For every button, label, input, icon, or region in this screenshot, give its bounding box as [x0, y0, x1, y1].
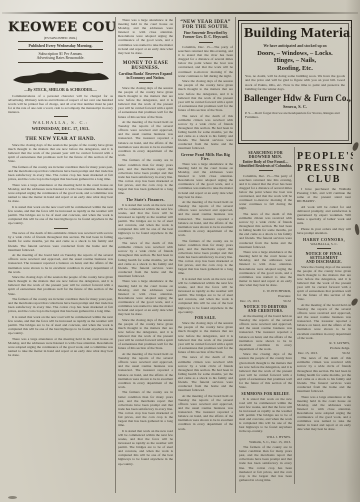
notice-date-line: Dec. 15, 1913. 50-52 — [240, 299, 291, 303]
masthead-advertising-line: Advertising Rates Reasonable. — [8, 56, 113, 60]
pressing-ad-body: All work will be called for and delivere… — [297, 205, 351, 225]
body-paragraph: The news of the death of this estimable … — [178, 114, 233, 151]
body-paragraph: There was a large attendance at the meet… — [118, 18, 173, 55]
masthead: KEOWEE COURIER (ESTABLISHED 1849.) Publi… — [8, 20, 113, 63]
final-settlement-line-1: NOTICE OF FINAL SETTLEMENT — [306, 252, 343, 260]
body-paragraph: Since the closing days of the session th… — [297, 265, 351, 302]
notice-date: Dec. 15, 1913. — [298, 351, 318, 355]
section-divider — [139, 57, 153, 58]
masthead-published-line: Published Every Wednesday Morning. — [8, 44, 113, 48]
section-divider — [139, 82, 153, 83]
body-paragraph: It is stated that work on the new road w… — [239, 397, 292, 434]
body-paragraph: At the meeting of the board held on Tues… — [297, 303, 351, 340]
body-paragraph: There was a large attendance at the meet… — [8, 183, 113, 203]
body-paragraph: At the meeting of the board held on Tues… — [8, 253, 113, 273]
column-4: SEARCHING FOR DROWNED MEN. Entire Body o… — [237, 147, 295, 484]
for-sale-heading: FOR SALE. — [178, 316, 233, 320]
body-paragraph: Communications of a personal character w… — [8, 94, 113, 114]
pressing-ad-body: Phone in your orders and they will have … — [297, 227, 351, 235]
body-paragraph: The news of the death of this estimable … — [8, 231, 113, 251]
body-paragraph: Since the closing days of the session th… — [8, 275, 113, 295]
right-subcolumns: SEARCHING FOR DROWNED MEN. Entire Body o… — [237, 147, 353, 484]
masthead-rule — [18, 49, 103, 50]
masthead-established: (ESTABLISHED 1849.) — [8, 36, 113, 40]
eagle-illustration — [11, 65, 111, 87]
debtors-notice-heading: NOTICE TO DEBTORS AND CREDITORS. — [239, 305, 292, 313]
masthead-rule — [18, 41, 103, 42]
body-paragraph: At the meeting of the board held on Tues… — [239, 314, 292, 351]
final-settlement-line-2: AND DISCHARGE. — [306, 260, 342, 264]
section-divider — [54, 133, 68, 134]
section-divider — [317, 248, 331, 249]
scan-artifact-top-rule — [2, 12, 358, 14]
right-section: Building Material. We have anticipated a… — [236, 17, 354, 493]
notice-number: 50-52 — [283, 299, 291, 303]
deck-col3: Fine Souvenir Described by Former Gov. D… — [178, 31, 233, 39]
body-paragraph: At the meeting of the board held on Tues… — [118, 120, 173, 157]
signature-line: WILL J. HYNES. — [240, 435, 291, 439]
building-ad-postscript: P. S.—Don't forget that we are headquart… — [245, 111, 345, 119]
building-ad-title: Building Material. — [244, 26, 346, 42]
signature-line: Executor. — [240, 294, 291, 298]
body-paragraph: Since the closing days of the session th… — [8, 143, 113, 163]
notice-date: Dec. 15, 1913. — [240, 299, 260, 303]
body-paragraph: Since the closing days of the session th… — [178, 321, 233, 354]
body-paragraph: There was a large attendance at the meet… — [8, 337, 113, 357]
body-paragraph: There was a large attendance at the meet… — [239, 250, 292, 287]
body-paragraph: The news of the death of this estimable … — [239, 212, 292, 249]
column-2: There was a large attendance at the meet… — [116, 17, 176, 493]
masthead-subscription-line: Subscription $1 Per Annum. — [8, 52, 113, 56]
column-1: KEOWEE COURIER (ESTABLISHED 1849.) Publi… — [6, 17, 116, 493]
headline-drowned: SEARCHING FOR DROWNED MEN. — [239, 151, 292, 159]
publishers-line: —By STECK, SHELOR & SCHRODER.— — [8, 88, 113, 92]
body-paragraph: It is stated that work on the new road w… — [8, 205, 113, 225]
pressing-ad-line-1: PEOPLE'S — [297, 151, 351, 163]
body-paragraph: At the meeting of the board held on Tues… — [178, 200, 233, 237]
subhead-col2: The State's Finances. — [118, 198, 173, 202]
column-5: PEOPLE'S PRESSING CLUB I have purchased … — [295, 147, 353, 484]
final-settlement-heading: NOTICE OF FINAL SETTLEMENT AND DISCHARGE… — [297, 252, 351, 264]
body-paragraph: It is stated that work on the new road w… — [118, 429, 173, 466]
body-paragraph: Since the closing days of the session th… — [178, 79, 233, 112]
body-paragraph: It is stated that work on the new road w… — [178, 277, 233, 314]
dateline-place: WALHALLA, S. C.: — [8, 120, 113, 125]
pressing-ad-line-3: CLUB — [297, 174, 351, 186]
body-paragraph: Since the closing days of the session th… — [239, 352, 292, 389]
building-material-ad: Building Material. We have anticipated a… — [238, 20, 352, 144]
ink-smudge — [354, 224, 360, 236]
body-paragraph: There was a large attendance at the meet… — [178, 162, 233, 199]
page-columns: KEOWEE COURIER (ESTABLISHED 1849.) Publi… — [6, 17, 354, 493]
body-paragraph: Since the closing days of the session th… — [118, 86, 173, 119]
body-paragraph: The news of the death of this estimable … — [297, 356, 351, 393]
ink-smudge — [8, 496, 17, 499]
pressing-ad-signature: HARRY CONNORS, — [297, 237, 351, 242]
building-ad-items-3: Roofing, Etc. — [244, 65, 346, 73]
signature-line: C. W. PITCHFORD, — [240, 289, 291, 293]
body-paragraph: The farmers of the county are in better … — [118, 158, 173, 195]
body-paragraph: Columbia, Dec. 15.—The party of searcher… — [178, 45, 233, 78]
signature-line: Walhalla, S. C., Dec. 15, 1913. — [240, 440, 291, 444]
dateline-date: WEDNESDAY, DEC. 17, 1913. — [8, 126, 113, 131]
building-ad-items-1: Doors, – Windows, – Locks. — [244, 50, 346, 58]
newspaper-page: KEOWEE COURIER (ESTABLISHED 1849.) Publi… — [0, 0, 360, 502]
signature-line: Probate Judge. — [298, 346, 350, 350]
body-paragraph: It is stated that work on the new road w… — [8, 315, 113, 335]
section-divider — [54, 116, 68, 117]
masthead-title: KEOWEE COURIER — [8, 20, 113, 35]
deck-drowned: Entire Body of One Found—Identified Resi… — [239, 160, 292, 168]
summons-heading: SUMMONS FOR RELIEF. — [239, 392, 292, 396]
notice-number: 50-52 — [342, 351, 350, 355]
headline-col3: “NEW YEAR IDEA” FOR THE SOUTH. — [178, 20, 233, 30]
column-3: “NEW YEAR IDEA” FOR THE SOUTH. Fine Souv… — [176, 17, 236, 493]
body-paragraph: The news of the death of this estimable … — [178, 355, 233, 392]
body-paragraph: There was a large attendance at the meet… — [118, 279, 173, 316]
body-paragraph: The farmers of the county are in better … — [118, 390, 173, 427]
headline-col2: MONEY TO EASE BUSINESS. — [118, 61, 173, 71]
pressing-ad-line-2: PRESSING — [297, 163, 351, 175]
section-divider — [259, 170, 273, 171]
building-ad-body: You, no doubt, will be doing some buildi… — [245, 74, 345, 91]
body-paragraph: At the meeting of the board held on Tues… — [118, 352, 173, 389]
notice-date-line: Dec. 15, 1913. 50-52 — [298, 351, 350, 355]
building-ad-intro: We have anticipated and stocked up on — [244, 44, 346, 48]
pressing-ad-city: WALHALLA, S. C. — [297, 242, 351, 246]
building-ad-items-2: Hinges, – Nails, — [244, 57, 346, 65]
body-paragraph: There was a large attendance at the meet… — [297, 395, 351, 432]
body-paragraph: The farmers of the county are in better … — [8, 165, 113, 181]
body-paragraph: At the meeting of the board held on Tues… — [178, 394, 233, 431]
subhead-col3: Greene Pond Mills Has Big Fire. — [178, 153, 233, 161]
section-divider — [199, 42, 213, 43]
building-ad-city: Seneca, S. C. — [244, 104, 346, 109]
body-paragraph: The farmers of the county are in better … — [178, 239, 233, 276]
section-divider — [54, 228, 68, 229]
masthead-rule — [18, 62, 103, 63]
body-paragraph: Columbia, Dec. 15.—The party of searcher… — [239, 174, 292, 211]
signature-line: R. T. JAYNES, — [298, 341, 350, 345]
pressing-club-ad: PEOPLE'S PRESSING CLUB I have purchased … — [297, 151, 351, 246]
deck-col2: Carolina Banks' Reserves Expand in Econo… — [118, 72, 173, 80]
body-paragraph: The farmers of the county are in better … — [8, 297, 113, 313]
body-paragraph: The news of the death of this estimable … — [118, 241, 173, 278]
pressing-ad-body: I have purchased the Walhalla Pressing C… — [297, 187, 351, 203]
body-paragraph: It is stated that work on the new road w… — [118, 203, 173, 240]
headline-col1: THE NEW YEAR AT HAND. — [8, 137, 113, 142]
body-paragraph: Since the closing days of the session th… — [118, 318, 173, 351]
body-paragraph: The farmers of the county are in better … — [239, 445, 292, 482]
building-ad-company: Ballenger Hdw & Furn Co., — [244, 93, 346, 103]
